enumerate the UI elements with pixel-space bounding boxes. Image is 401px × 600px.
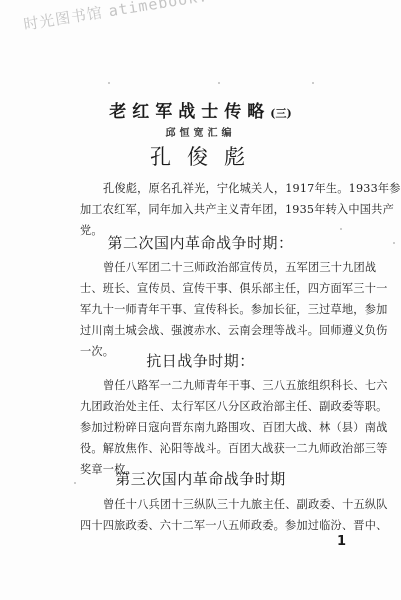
scan-speck <box>218 82 220 84</box>
book-title: 老红军战士传略(三) <box>0 97 401 122</box>
section-heading: 第二次国内革命战争时期： <box>0 232 401 253</box>
section-line: 军九十一师青年干事、宣传科长。参加长征，三过草地，参加 <box>80 301 370 317</box>
section-line: 曾任八路军一二九师青年干事、三八五旅组织科长、七六 <box>103 377 370 393</box>
scanned-book-page: 时光图书馆atimebook.com 老红军战士传略(三) 邱恒宽汇编 孔俊彪 … <box>0 0 401 600</box>
biography-subject-name: 孔俊彪 <box>0 141 401 171</box>
watermark-text-cn: 时光图书馆 <box>22 3 104 33</box>
page-number: 1 <box>337 534 346 549</box>
scan-speck <box>108 82 110 84</box>
section-line: 参加过粉碎日寇向晋东南九路围攻、百团大战、林（县）南战 <box>80 419 370 435</box>
scan-speck <box>340 228 342 230</box>
section-line: 曾任十八兵团十三纵队三十九旅主任、副政委、十五纵队 <box>103 496 370 512</box>
section-line: 役。解放焦作、沁阳等战斗。百团大战获一二九师政治部三等 <box>80 440 370 456</box>
book-title-text: 老红军战士传略 <box>109 102 270 122</box>
intro-line: 孔俊彪，原名孔祥光，宁化城关人，1917年生。1933年参 <box>103 180 370 196</box>
section-line: 过川南土城会战、强渡赤水、云南会理等战斗。回师遵义负伤 <box>80 322 370 338</box>
scan-speck <box>312 82 314 84</box>
section-line: 四十四旅政委、六十二军一八五师政委。参加过临汾、晋中、 <box>80 517 370 533</box>
watermark-url: atimebook.com <box>107 0 239 20</box>
section-line: 士、班长、宣传员、宣传干事、俱乐部主任，四方面军三十一 <box>80 280 370 296</box>
intro-line: 加工农红军，同年加入共产主义青年团，1935年转入中国共产 <box>80 201 370 217</box>
section-line: 九团政治处主任、太行军区八分区政治部主任、副政委等职。 <box>80 398 370 414</box>
scan-speck <box>74 482 76 484</box>
book-volume: (三) <box>270 107 291 120</box>
watermark: 时光图书馆atimebook.com <box>22 0 239 35</box>
editor-credit: 邱恒宽汇编 <box>0 124 401 139</box>
section-heading: 抗日战争时期： <box>0 350 401 371</box>
scan-speck <box>393 242 395 244</box>
section-line: 曾任八军团二十三师政治部宣传员，五军团三十九团战 <box>103 259 370 275</box>
section-heading: 第三次国内革命战争时期 <box>0 468 401 489</box>
